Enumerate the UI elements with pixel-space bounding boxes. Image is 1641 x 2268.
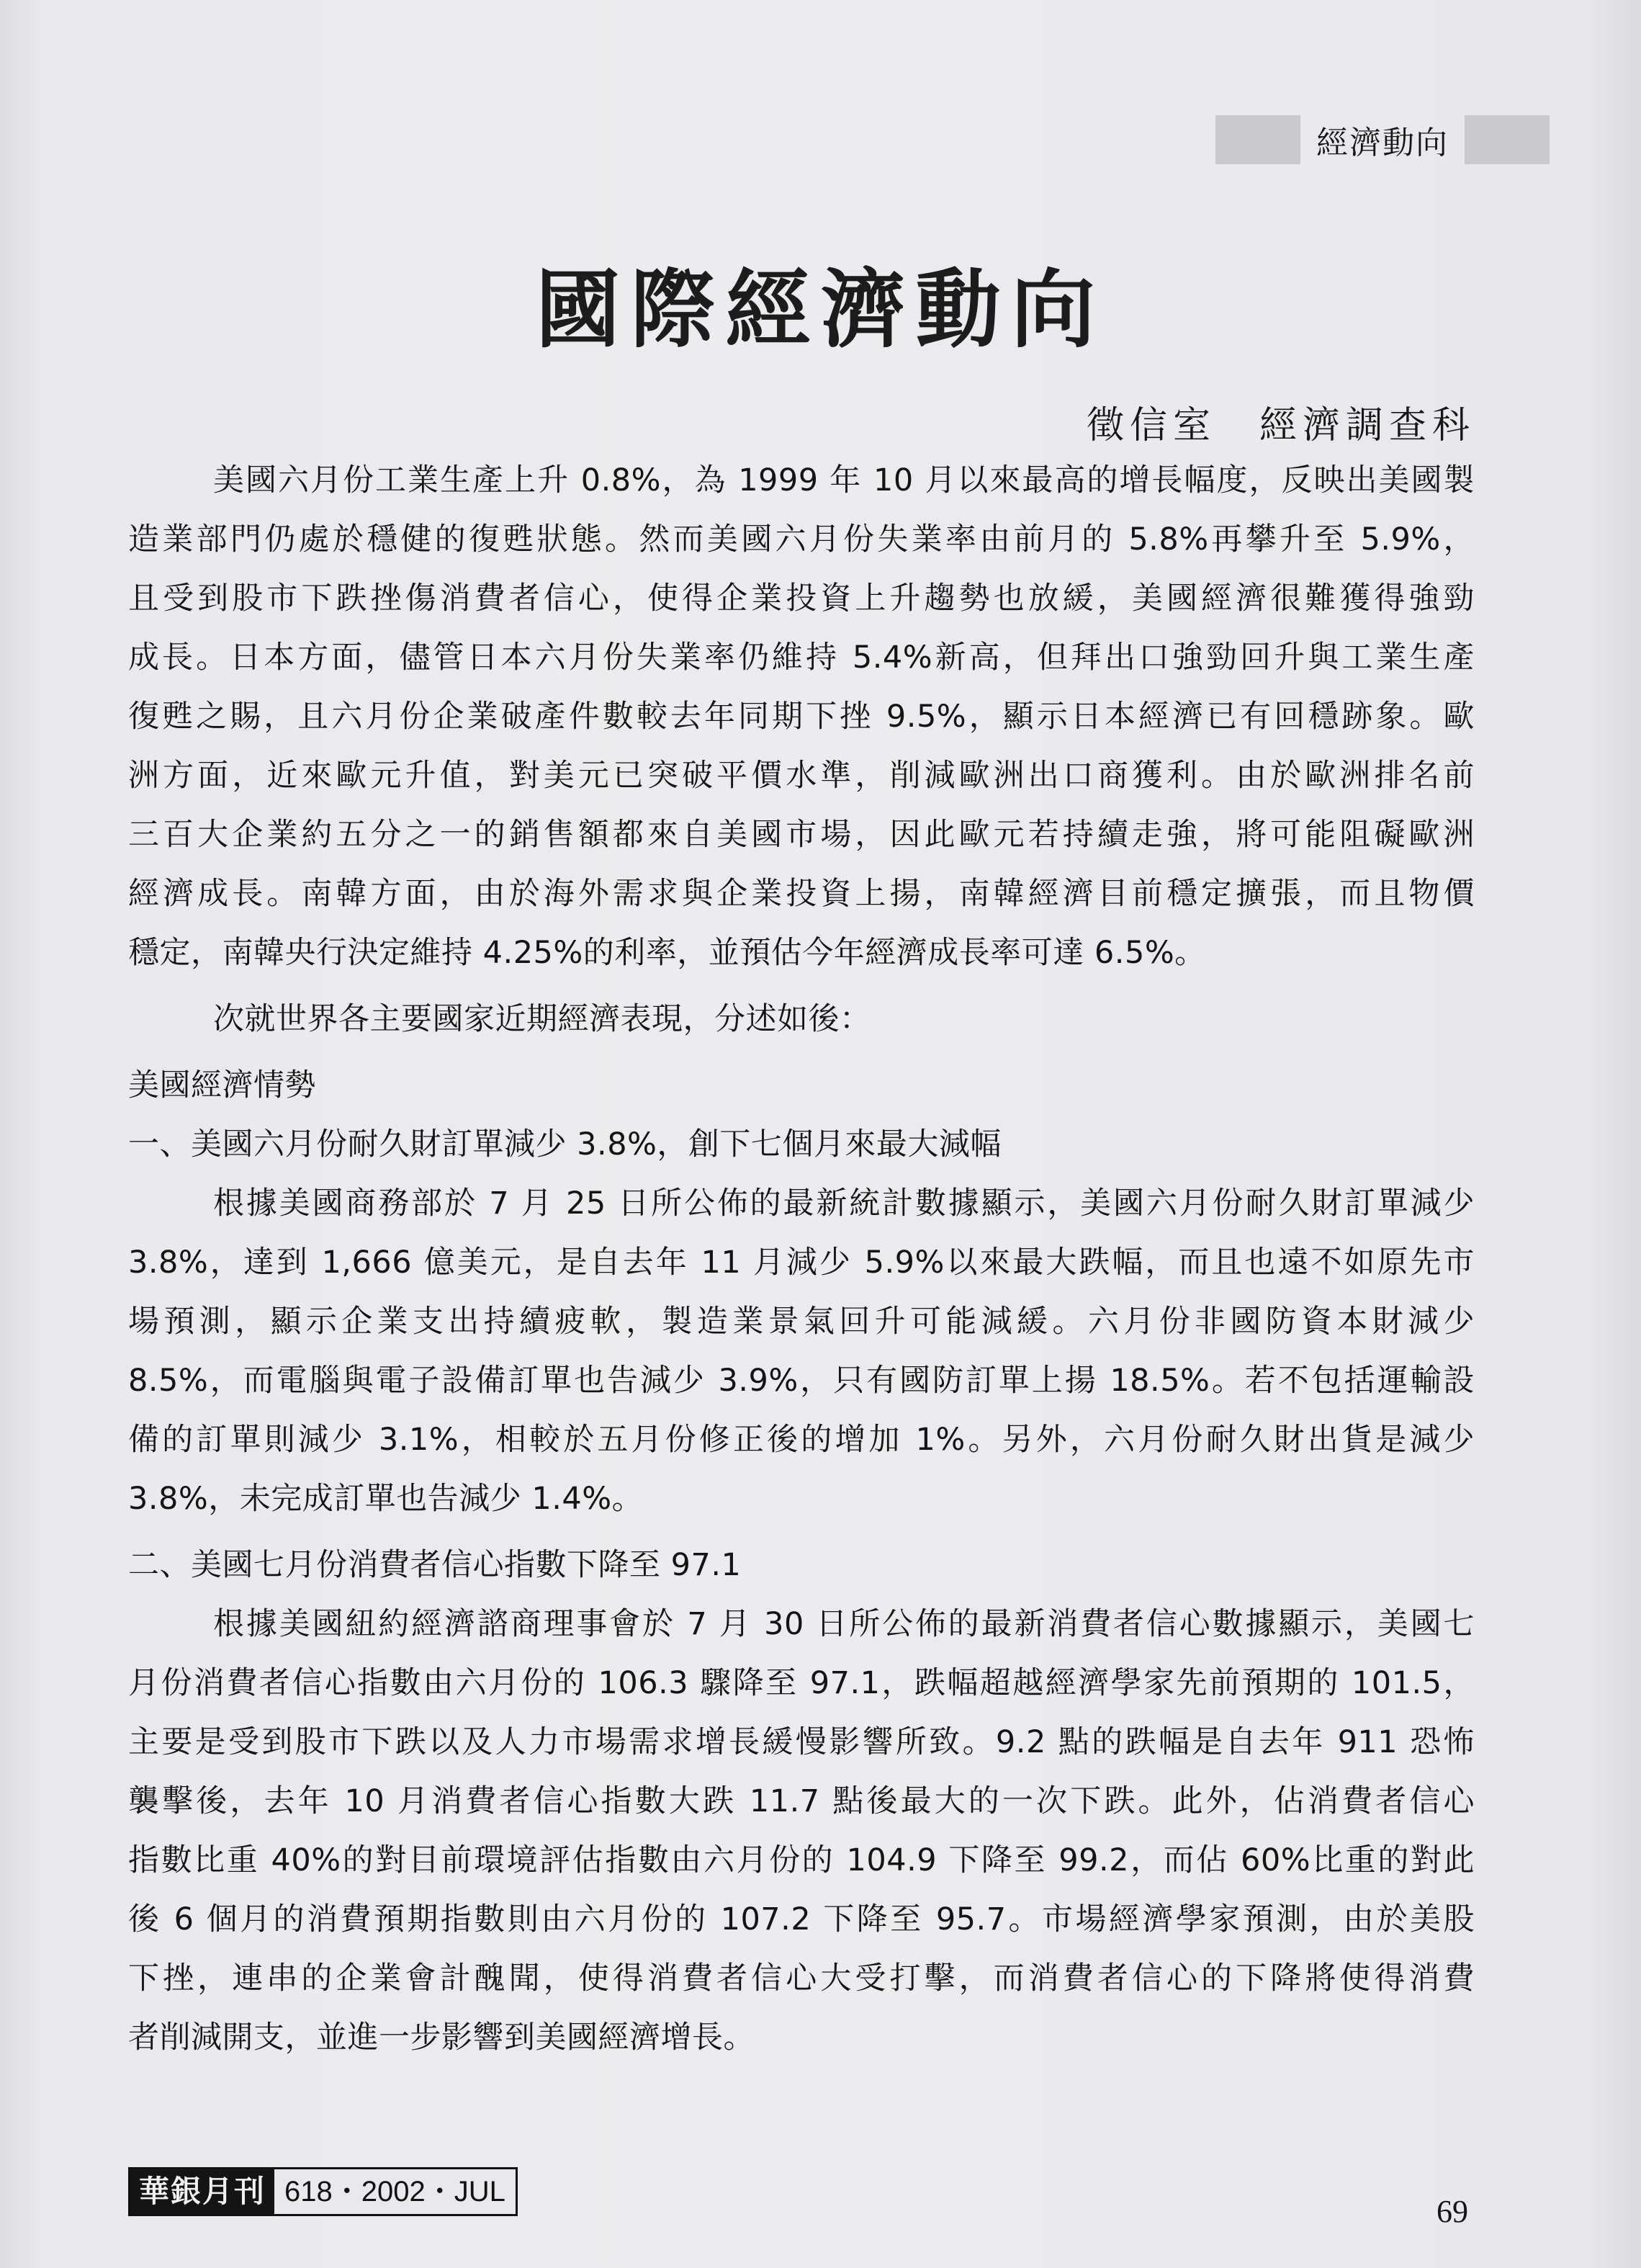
text-line: 美國六月份工業生產上升 0.8%，為 1999 年 10 月以來最高的增長幅度，… xyxy=(128,451,1475,510)
text-line: 三百大企業約五分之一的銷售額都來自美國市場，因此歐元若持續走強，將可能阻礙歐洲 xyxy=(128,805,1475,864)
transition-sentence: 次就世界各主要國家近期經濟表現，分述如後： xyxy=(128,990,1475,1049)
text-line: 洲方面，近來歐元升值，對美元已突破平價水準，削減歐洲出口商獲利。由於歐洲排名前 xyxy=(128,746,1475,805)
tag-decoration-right xyxy=(1465,115,1550,164)
text-line: 下挫，連串的企業會計醜聞，使得消費者信心大受打擊，而消費者信心的下降將使得消費 xyxy=(128,1949,1475,2008)
issue-info: 618・2002・JUL xyxy=(274,2169,516,2214)
text-line: 8.5%，而電腦與電子設備訂單也告減少 3.9%，只有國防訂單上揚 18.5%。… xyxy=(128,1351,1475,1410)
magazine-page: 經濟動向 國際經濟動向 徵信室 經濟調查科 美國六月份工業生產上升 0.8%，為… xyxy=(0,0,1641,2268)
text-line: 根據美國商務部於 7 月 25 日所公佈的最新統計數據顯示，美國六月份耐久財訂單… xyxy=(128,1174,1475,1233)
text-line: 者削減開支，並進一步影響到美國經濟增長。 xyxy=(128,2008,1475,2067)
article-byline: 徵信室 經濟調查科 xyxy=(1087,395,1475,449)
text-line: 且受到股市下跌挫傷消費者信心，使得企業投資上升趨勢也放緩，美國經濟很難獲得強勁 xyxy=(128,569,1475,628)
text-line: 根據美國紐約經濟諮商理事會於 7 月 30 日所公佈的最新消費者信心數據顯示，美… xyxy=(128,1595,1475,1654)
text-line: 指數比重 40%的對目前環境評估指數由六月份的 104.9 下降至 99.2，而… xyxy=(128,1831,1475,1890)
article-body: 美國六月份工業生產上升 0.8%，為 1999 年 10 月以來最高的增長幅度，… xyxy=(128,451,1475,2067)
item-heading-consumer-confidence: 二、美國七月份消費者信心指數下降至 97.1 xyxy=(128,1536,1475,1595)
section-tag: 經濟動向 xyxy=(1215,115,1550,164)
text-line: 場預測，顯示企業支出持續疲軟，製造業景氣回升可能減緩。六月份非國防資本財減少 xyxy=(128,1292,1475,1351)
text-line: 造業部門仍處於穩健的復甦狀態。然而美國六月份失業率由前月的 5.8%再攀升至 5… xyxy=(128,510,1475,569)
text-line: 主要是受到股市下跌以及人力市場需求增長緩慢影響所致。9.2 點的跌幅是自去年 9… xyxy=(128,1713,1475,1772)
text-line: 後 6 個月的消費預期指數則由六月份的 107.2 下降至 95.7。市場經濟學… xyxy=(128,1890,1475,1949)
text-line: 成長。日本方面，儘管日本六月份失業率仍維持 5.4%新高，但拜出口強勁回升與工業… xyxy=(128,628,1475,687)
text-line: 穩定，南韓央行決定維持 4.25%的利率，並預估今年經濟成長率可達 6.5%。 xyxy=(128,923,1475,982)
text-line: 復甦之賜，且六月份企業破產件數較去年同期下挫 9.5%，顯示日本經濟已有回穩跡象… xyxy=(128,687,1475,746)
intro-paragraph: 美國六月份工業生產上升 0.8%，為 1999 年 10 月以來最高的增長幅度，… xyxy=(128,451,1475,982)
page-number: 69 xyxy=(1437,2193,1468,2230)
tag-decoration-left xyxy=(1215,115,1300,164)
item-heading-durable-goods: 一、美國六月份耐久財訂單減少 3.8%，創下七個月來最大減幅 xyxy=(128,1115,1475,1174)
text-line: 3.8%，達到 1,666 億美元，是自去年 11 月減少 5.9%以來最大跌幅… xyxy=(128,1233,1475,1292)
item-paragraph-consumer-confidence: 根據美國紐約經濟諮商理事會於 7 月 30 日所公佈的最新消費者信心數據顯示，美… xyxy=(128,1595,1475,2067)
article-title: 國際經濟動向 xyxy=(0,241,1641,364)
text-line: 襲擊後，去年 10 月消費者信心指數大跌 11.7 點後最大的一次下跌。此外，佔… xyxy=(128,1772,1475,1831)
item-paragraph-durable-goods: 根據美國商務部於 7 月 25 日所公佈的最新統計數據顯示，美國六月份耐久財訂單… xyxy=(128,1174,1475,1528)
text-line: 備的訂單則減少 3.1%，相較於五月份修正後的增加 1%。另外，六月份耐久財出貨… xyxy=(128,1410,1475,1469)
section-heading-us: 美國經濟情勢 xyxy=(128,1056,1475,1115)
section-tag-label: 經濟動向 xyxy=(1300,117,1465,163)
text-line: 經濟成長。南韓方面，由於海外需求與企業投資上揚，南韓經濟目前穩定擴張，而且物價 xyxy=(128,864,1475,923)
text-line: 3.8%，未完成訂單也告減少 1.4%。 xyxy=(128,1469,1475,1528)
publication-badge: 華銀月刊 618・2002・JUL xyxy=(128,2167,518,2216)
text-line: 月份消費者信心指數由六月份的 106.3 驟降至 97.1，跌幅超越經濟學家先前… xyxy=(128,1654,1475,1713)
publication-name: 華銀月刊 xyxy=(130,2169,274,2214)
